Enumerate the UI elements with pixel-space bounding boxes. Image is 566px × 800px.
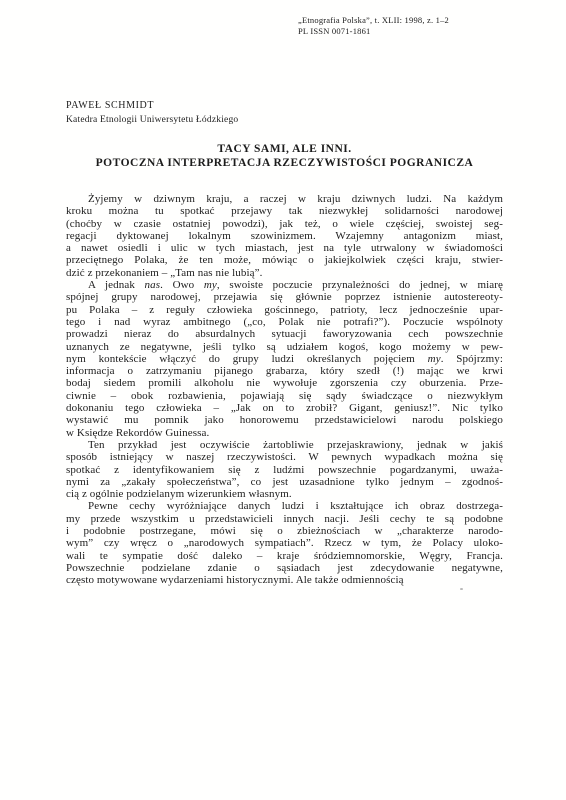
text-line: A jednak nas. Owo my, swoiste poczucie p…: [66, 279, 503, 291]
issn-line: PL ISSN 0071-1861: [298, 26, 449, 37]
text-line: w Księdze Rekordów Guinessa.: [66, 427, 503, 439]
text-line: informacja o zatrzymaniu pijanego grabar…: [66, 365, 503, 377]
author-affiliation: Katedra Etnologii Uniwersytetu Łódzkiego: [66, 115, 238, 125]
article-title: TACY SAMI, ALE INNI. POTOCZNA INTERPRETA…: [66, 142, 503, 170]
text-line: wali te sympatie dość daleko – kraje śró…: [66, 550, 503, 562]
text-line: nymi za „zakały społeczeństwa”, co jest …: [66, 476, 503, 488]
text-line: pu Polaka – z reguły człowieka gościnneg…: [66, 304, 503, 316]
text-line: i podobnie postrzegane, mówi się o zbież…: [66, 525, 503, 537]
text-line: spójnej grupy narodowej, przejawia się g…: [66, 291, 503, 303]
text-line: regacji dyktowanej lokalnym szowinizmem.…: [66, 230, 503, 242]
text-line: sposób istniejący w naszej rzeczywistośc…: [66, 451, 503, 463]
journal-reference: „Etnografia Polska”, t. XLII: 1998, z. 1…: [298, 15, 449, 37]
text-line: tego i nad wyraz ambitnego („co, Polak n…: [66, 316, 503, 328]
text-line: Powszechnie podzielane zdanie o sąsiadac…: [66, 562, 503, 574]
paragraph: Pewne cechy wyróżniające danych ludzi i …: [66, 500, 503, 586]
text-line: (choćby w czasie ostatniej powodzi), jak…: [66, 218, 503, 230]
text-line: my przede wszystkim u przedstawicieli in…: [66, 513, 503, 525]
text-line: Ten przykład jest oczywiście żartobliwie…: [66, 439, 503, 451]
text-line: wym” czy wręcz o „narodowych sympatiach”…: [66, 537, 503, 549]
text-line: Pewne cechy wyróżniające danych ludzi i …: [66, 500, 503, 512]
paragraph: Żyjemy w dziwnym kraju, a raczej w kraju…: [66, 193, 503, 279]
text-line: spotkać z identyfikowaniem się z ludźmi …: [66, 464, 503, 476]
paragraph: Ten przykład jest oczywiście żartobliwie…: [66, 439, 503, 500]
text-line: a nawet osiedli i ulic w tych miastach, …: [66, 242, 503, 254]
text-line: dzić z przekonaniem – „Tam nas nie lubią…: [66, 267, 503, 279]
text-line: ciwnie – obok rozbawienia, pojawiają się…: [66, 390, 503, 402]
text-line: przeciętnego Polaka, że ten może, mówiąc…: [66, 254, 503, 266]
text-line: często motywowane wydarzeniami historycz…: [66, 574, 503, 586]
article-body: Żyjemy w dziwnym kraju, a raczej w kraju…: [66, 193, 503, 587]
text-line: kroku można tu spotkać przejawy tak niez…: [66, 205, 503, 217]
article-title-line-2: POTOCZNA INTERPRETACJA RZECZYWISTOŚCI PO…: [96, 157, 474, 169]
text-line: uznanych ze negatywne, jeśli tylko są ud…: [66, 341, 503, 353]
journal-citation-line: „Etnografia Polska”, t. XLII: 1998, z. 1…: [298, 15, 449, 26]
scan-speck: [460, 588, 463, 590]
text-line: cią z ogólnie podzielanym wizerunkiem wł…: [66, 488, 503, 500]
text-line: prowadzi nieraz do absurdalnych sytuacji…: [66, 328, 503, 340]
text-line: dokonaniu tego człowieka – „Jak on to zr…: [66, 402, 503, 414]
author-block: PAWEŁ SCHMIDT Katedra Etnologii Uniwersy…: [66, 100, 238, 125]
paragraph: A jednak nas. Owo my, swoiste poczucie p…: [66, 279, 503, 439]
author-name: PAWEŁ SCHMIDT: [66, 100, 238, 111]
text-line: Żyjemy w dziwnym kraju, a raczej w kraju…: [66, 193, 503, 205]
text-line: wystawić mu pomnik jako honorowemu przed…: [66, 414, 503, 426]
article-title-line-1: TACY SAMI, ALE INNI.: [217, 143, 351, 155]
text-line: nym kontekście włączyć do grupy ludzi ok…: [66, 353, 503, 365]
text-line: bodaj siedem promili alkoholu nie wywołu…: [66, 377, 503, 389]
scanned-paper-page: „Etnografia Polska”, t. XLII: 1998, z. 1…: [0, 0, 566, 800]
